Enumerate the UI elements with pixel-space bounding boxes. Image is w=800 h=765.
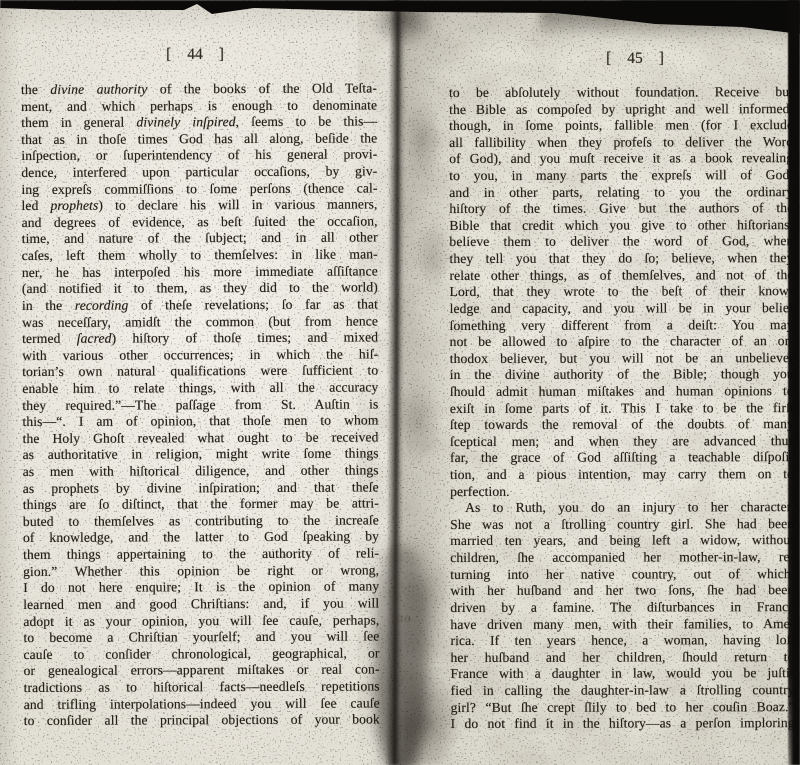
scan-mottle-overlay: [0, 0, 800, 765]
book-scan: [44] [45] the divine authority of the bo…: [0, 0, 800, 765]
